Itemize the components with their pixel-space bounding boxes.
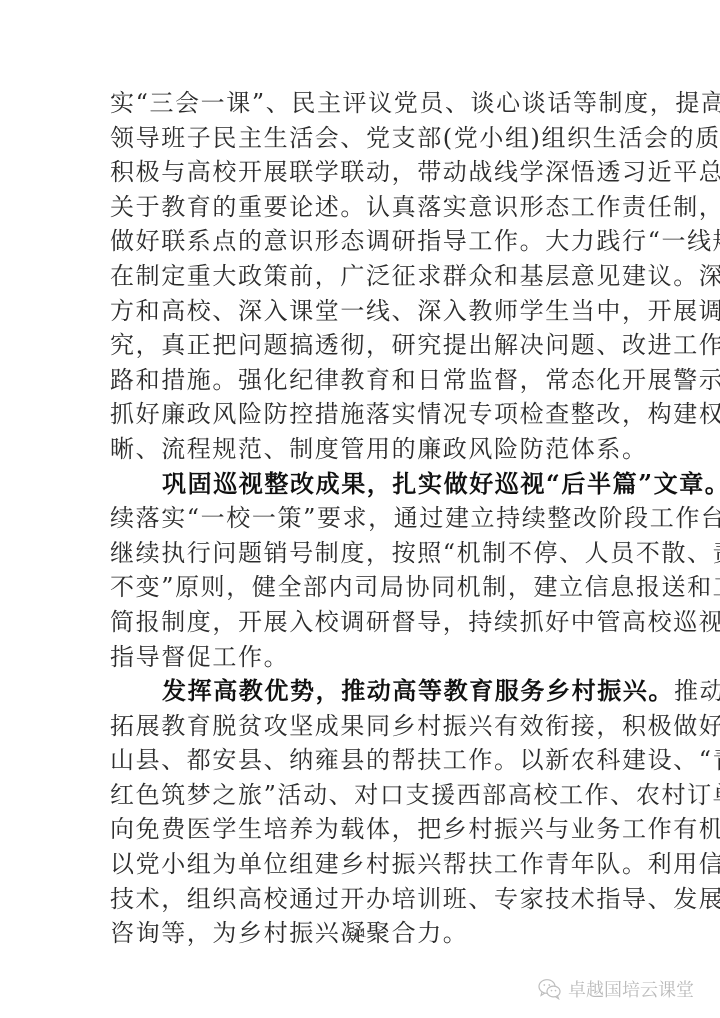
- text-segment: 拓展教育脱贫攻坚成果同乡村振兴有效衔接，积极做好对凤: [110, 712, 720, 740]
- text-segment: 山县、都安县、纳雍县的帮扶工作。以新农科建设、“青年: [110, 746, 720, 774]
- text-segment: 领导班子民主生活会、党支部(党小组)组织生活会的质量。: [110, 124, 720, 152]
- text-line: 发挥高教优势，推动高等教育服务乡村振兴。推动巩固: [110, 674, 620, 709]
- text-line: 路和措施。强化纪律教育和日常监督，常态化开展警示教育。: [110, 363, 620, 398]
- text-segment: 不变”原则，健全部内司局协同机制，建立信息报送和工作: [110, 573, 720, 601]
- text-segment: 在制定重大政策前，广泛征求群众和基层意见建议。深入地: [110, 262, 720, 290]
- text-segment: 关于教育的重要论述。认真落实意识形态工作责任制，积极: [110, 193, 720, 221]
- text-line: 不变”原则，健全部内司局协同机制，建立信息报送和工作: [110, 570, 620, 605]
- text-segment: 向免费医学生培养为载体，把乡村振兴与业务工作有机融合。: [110, 815, 720, 843]
- text-line: 抓好廉政风险防控措施落实情况专项检查整改，构建权责明: [110, 397, 620, 432]
- text-segment: 技术，组织高校通过开办培训班、专家技术指导、发展规划: [110, 885, 720, 913]
- text-segment: 积极与高校开展联学联动，带动战线学深悟透习近平总书记: [110, 158, 720, 186]
- text-segment: 方和高校、深入课堂一线、深入教师学生当中，开展调查研: [110, 297, 720, 325]
- text-segment: 简报制度，开展入校调研督导，持续抓好中管高校巡视整改: [110, 608, 720, 636]
- text-line: 积极与高校开展联学联动，带动战线学深悟透习近平总书记: [110, 155, 620, 190]
- text-line: 晰、流程规范、制度管用的廉政风险防范体系。: [110, 432, 620, 467]
- text-segment: 晰、流程规范、制度管用的廉政风险防范体系。: [110, 435, 648, 463]
- text-segment: 做好联系点的意识形态调研指导工作。大力践行“一线规则”，: [110, 227, 720, 255]
- text-segment: 红色筑梦之旅”活动、对口支援西部高校工作、农村订单定: [110, 781, 720, 809]
- text-line: 做好联系点的意识形态调研指导工作。大力践行“一线规则”，: [110, 224, 620, 259]
- text-segment: 究，真正把问题搞透彻，研究提出解决问题、改进工作的思: [110, 331, 720, 359]
- text-line: 领导班子民主生活会、党支部(党小组)组织生活会的质量。: [110, 121, 620, 156]
- text-line: 继续执行问题销号制度，按照“机制不停、人员不散、责任: [110, 536, 620, 571]
- text-line: 山县、都安县、纳雍县的帮扶工作。以新农科建设、“青年: [110, 743, 620, 778]
- text-segment: 实“三会一课”、民主评议党员、谈心谈话等制度，提高司: [110, 89, 720, 117]
- wechat-icon: [538, 978, 562, 1000]
- document-page: 实“三会一课”、民主评议党员、谈心谈话等制度，提高司领导班子民主生活会、党支部(…: [0, 0, 720, 1018]
- text-line: 巩固巡视整改成果，扎实做好巡视“后半篇”文章。继: [110, 467, 620, 502]
- text-line: 指导督促工作。: [110, 640, 620, 675]
- text-line: 实“三会一课”、民主评议党员、谈心谈话等制度，提高司: [110, 86, 620, 121]
- text-segment: 路和措施。强化纪律教育和日常监督，常态化开展警示教育。: [110, 366, 720, 394]
- text-line: 以党小组为单位组建乡村振兴帮扶工作青年队。利用信息化: [110, 847, 620, 882]
- text-line: 拓展教育脱贫攻坚成果同乡村振兴有效衔接，积极做好对凤: [110, 709, 620, 744]
- document-body: 实“三会一课”、民主评议党员、谈心谈话等制度，提高司领导班子民主生活会、党支部(…: [110, 86, 620, 951]
- paragraph-heading: 巩固巡视整改成果，扎实做好巡视“后半篇”文章。: [162, 469, 720, 498]
- text-line: 续落实“一校一策”要求，通过建立持续整改阶段工作台账，: [110, 501, 620, 536]
- text-line: 向免费医学生培养为载体，把乡村振兴与业务工作有机融合。: [110, 812, 620, 847]
- page-number: 11: [0, 926, 720, 942]
- text-segment: 指导督促工作。: [110, 643, 289, 671]
- text-segment: 抓好廉政风险防控措施落实情况专项检查整改，构建权责明: [110, 400, 720, 428]
- text-segment: 续落实“一校一策”要求，通过建立持续整改阶段工作台账，: [110, 504, 720, 532]
- text-line: 在制定重大政策前，广泛征求群众和基层意见建议。深入地: [110, 259, 620, 294]
- paragraph: 巩固巡视整改成果，扎实做好巡视“后半篇”文章。继续落实“一校一策”要求，通过建立…: [110, 467, 620, 675]
- text-line: 技术，组织高校通过开办培训班、专家技术指导、发展规划: [110, 882, 620, 917]
- paragraph: 实“三会一课”、民主评议党员、谈心谈话等制度，提高司领导班子民主生活会、党支部(…: [110, 86, 620, 467]
- text-line: 简报制度，开展入校调研督导，持续抓好中管高校巡视整改: [110, 605, 620, 640]
- text-segment: 继续执行问题销号制度，按照“机制不停、人员不散、责任: [110, 539, 720, 567]
- text-line: 关于教育的重要论述。认真落实意识形态工作责任制，积极: [110, 190, 620, 225]
- text-segment: 推动巩固: [674, 677, 720, 705]
- watermark: 卓越国培云课堂: [538, 976, 694, 1002]
- watermark-text: 卓越国培云课堂: [568, 976, 694, 1002]
- text-segment: 以党小组为单位组建乡村振兴帮扶工作青年队。利用信息化: [110, 850, 720, 878]
- text-line: 红色筑梦之旅”活动、对口支援西部高校工作、农村订单定: [110, 778, 620, 813]
- paragraph: 发挥高教优势，推动高等教育服务乡村振兴。推动巩固拓展教育脱贫攻坚成果同乡村振兴有…: [110, 674, 620, 951]
- paragraph-heading: 发挥高教优势，推动高等教育服务乡村振兴。: [162, 676, 674, 705]
- text-line: 方和高校、深入课堂一线、深入教师学生当中，开展调查研: [110, 294, 620, 329]
- text-line: 究，真正把问题搞透彻，研究提出解决问题、改进工作的思: [110, 328, 620, 363]
